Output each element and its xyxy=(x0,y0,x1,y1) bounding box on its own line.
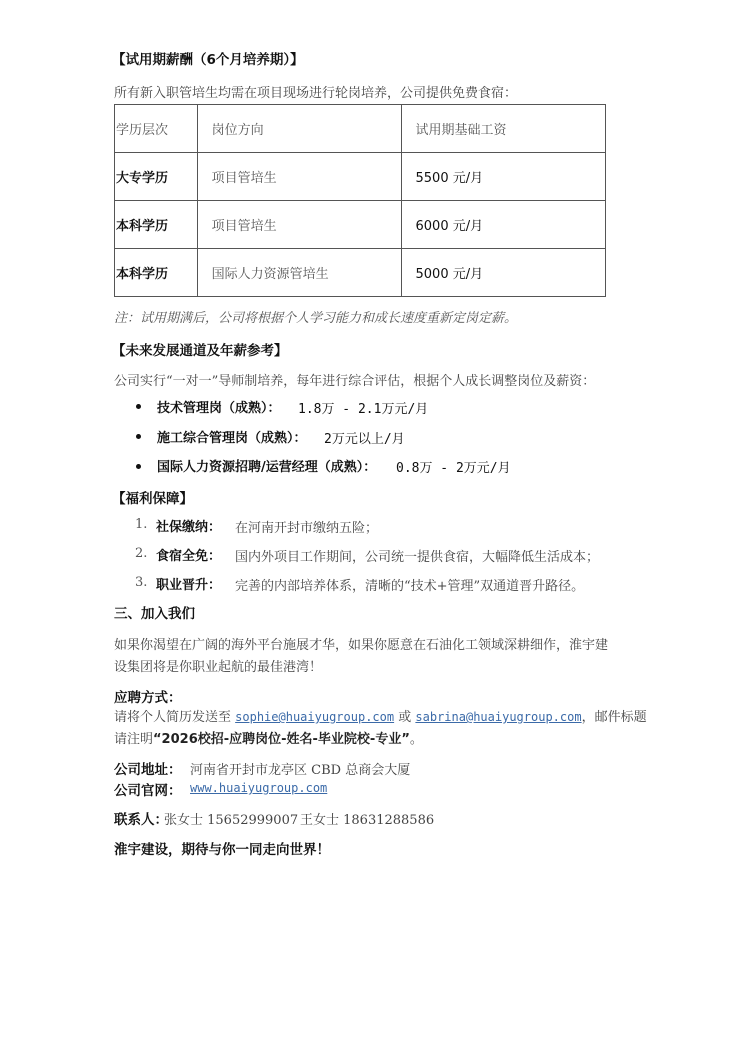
career-item-value: 0.8万 - 2万元/月 xyxy=(396,457,511,476)
table-header-education: 学历层次 xyxy=(115,105,198,153)
apply-line2: 请注明“2026校招-应聘岗位-姓名-毕业院校-专业”。 xyxy=(114,728,423,747)
table-cell-salary: 5500 元/月 xyxy=(401,153,606,201)
probation-intro: 所有新入职管培生均需在项目现场进行轮岗培养，公司提供免费食宿： xyxy=(114,82,517,101)
benefit-label: 食宿全免： xyxy=(156,545,221,564)
career-item-label: 国际人力资源招聘/运营经理（成熟）： xyxy=(157,456,376,475)
apply-line1-suffix: ，邮件标题 xyxy=(582,710,647,725)
benefit-number: 2. xyxy=(135,546,147,561)
address-label: 公司地址： xyxy=(114,758,182,778)
bullet-icon xyxy=(136,404,141,409)
join-paragraph-line1: 如果你渴望在广阔的海外平台施展才华，如果你愿意在石油化工领域深耕细作，淮宇建 xyxy=(114,634,608,653)
benefit-text: 国内外项目工作期间，公司统一提供食宿，大幅降低生活成本； xyxy=(235,546,599,565)
apply-line2-suffix: 。 xyxy=(410,732,423,747)
benefit-label: 社保缴纳： xyxy=(156,516,221,535)
career-item-label: 技术管理岗（成熟）： xyxy=(157,397,281,416)
address-value: 河南省开封市龙亭区 CBD 总商会大厦 xyxy=(190,759,410,778)
table-header-salary: 试用期基础工资 xyxy=(401,105,606,153)
benefit-text: 完善的内部培养体系，清晰的“技术+管理”双通道晋升路径。 xyxy=(235,575,584,594)
table-header-row: 学历层次 岗位方向 试用期基础工资 xyxy=(115,105,606,153)
benefit-text: 在河南开封市缴纳五险； xyxy=(235,517,378,536)
document-page: 【试用期薪酬（6个月培养期）】 所有新入职管培生均需在项目现场进行轮岗培养，公司… xyxy=(0,0,740,1045)
email-link-sophie[interactable]: sophie@huaiyugroup.com xyxy=(235,710,394,724)
table-cell-salary: 6000 元/月 xyxy=(401,201,606,249)
career-heading: 【未来发展通道及年薪参考】 xyxy=(112,339,288,359)
apply-line2-prefix: 请注明 xyxy=(114,732,153,747)
bullet-icon xyxy=(136,434,141,439)
website-link[interactable]: www.huaiyugroup.com xyxy=(190,781,327,795)
join-paragraph-line2: 设集团将是你职业起航的最佳港湾！ xyxy=(114,656,322,675)
email-link-sabrina[interactable]: sabrina@huaiyugroup.com xyxy=(415,710,581,724)
table-row: 本科学历 项目管培生 6000 元/月 xyxy=(115,201,606,249)
contact-person-zhang: 张女士 15652999007 xyxy=(164,809,298,828)
benefit-label: 职业晋升： xyxy=(156,574,221,593)
table-cell-education: 本科学历 xyxy=(115,249,198,297)
website-label: 公司官网： xyxy=(114,779,182,799)
career-item-label: 施工综合管理岗（成熟）： xyxy=(157,427,307,446)
table-row: 大专学历 项目管培生 5500 元/月 xyxy=(115,153,606,201)
apply-line1: 请将个人简历发送至 sophie@huaiyugroup.com 或 sabri… xyxy=(114,706,647,725)
career-intro: 公司实行“一对一”导师制培养，每年进行综合评估，根据个人成长调整岗位及薪资： xyxy=(114,370,595,389)
table-row: 本科学历 国际人力资源管培生 5000 元/月 xyxy=(115,249,606,297)
table-cell-position: 项目管培生 xyxy=(197,201,401,249)
salary-table: 学历层次 岗位方向 试用期基础工资 大专学历 项目管培生 5500 元/月 本科… xyxy=(114,104,606,297)
apply-heading: 应聘方式： xyxy=(114,686,182,706)
apply-or: 或 xyxy=(398,710,411,725)
table-cell-position: 国际人力资源管培生 xyxy=(197,249,401,297)
probation-heading: 【试用期薪酬（6个月培养期）】 xyxy=(112,48,304,68)
table-header-position: 岗位方向 xyxy=(197,105,401,153)
closing-slogan: 淮宇建设，期待与你一同走向世界！ xyxy=(114,838,330,858)
probation-note: 注：试用期满后，公司将根据个人学习能力和成长速度重新定岗定薪。 xyxy=(114,307,517,326)
contact-person-wang: 王女士 18631288586 xyxy=(300,809,434,828)
bullet-icon xyxy=(136,464,141,469)
table-cell-position: 项目管培生 xyxy=(197,153,401,201)
table-cell-education: 大专学历 xyxy=(115,153,198,201)
benefit-number: 1. xyxy=(135,517,147,532)
career-item-value: 1.8万 - 2.1万元/月 xyxy=(298,398,428,417)
email-subject-format: “2026校招-应聘岗位-姓名-毕业院校-专业” xyxy=(153,732,410,747)
contacts-label: 联系人： xyxy=(114,808,168,828)
benefits-heading: 【福利保障】 xyxy=(112,487,193,507)
apply-line1-prefix: 请将个人简历发送至 xyxy=(114,710,231,725)
table-cell-education: 本科学历 xyxy=(115,201,198,249)
career-item-value: 2万元以上/月 xyxy=(324,428,405,447)
benefit-number: 3. xyxy=(135,575,147,590)
table-cell-salary: 5000 元/月 xyxy=(401,249,606,297)
join-heading: 三、加入我们 xyxy=(114,602,195,622)
